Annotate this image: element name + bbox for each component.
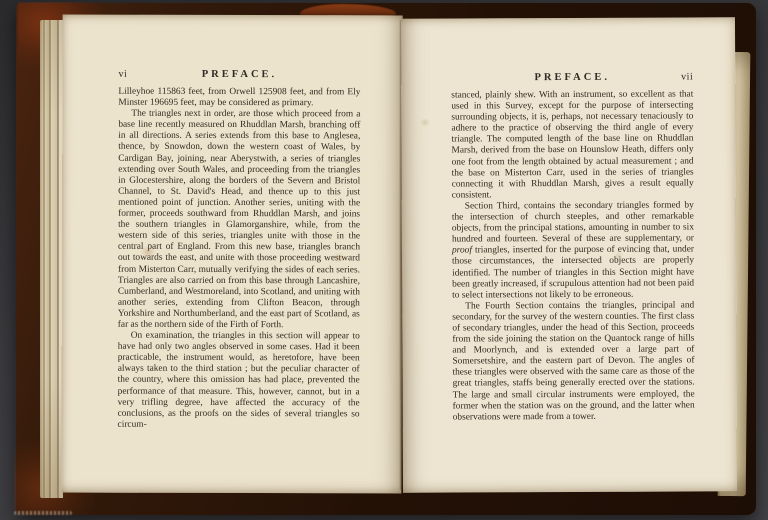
- paragraph: Lilleyhoe 115863 feet, from Orwell 12590…: [118, 87, 360, 110]
- page-number: vi: [118, 69, 148, 80]
- paragraph: The Fourth Section contains the triangle…: [452, 300, 695, 423]
- photographed-book-scene: vi PREFACE. Lilleyhoe 115863 feet, from …: [0, 0, 768, 520]
- page-header: vi PREFACE.: [118, 69, 360, 81]
- illegible-credit-line: [14, 511, 72, 515]
- paragraph: stanced, plainly shew. With an instrumen…: [451, 89, 693, 201]
- book-page-right: PREFACE. vii stanced, plainly shew. With…: [401, 17, 737, 492]
- page-stack-edge: [40, 20, 63, 498]
- page-header: PREFACE. vii: [451, 71, 693, 83]
- running-head: PREFACE.: [481, 72, 663, 84]
- book-page-left: vi PREFACE. Lilleyhoe 115863 feet, from …: [61, 15, 402, 494]
- running-head: PREFACE.: [148, 69, 330, 80]
- body-text: stanced, plainly shew. With an instrumen…: [451, 89, 694, 423]
- page-number: vii: [663, 71, 693, 82]
- body-text: Lilleyhoe 115863 feet, from Orwell 12590…: [118, 87, 361, 432]
- paragraph: The triangles next in order, are those w…: [118, 109, 361, 332]
- paragraph: Section Third, contains the secondary tr…: [452, 200, 694, 301]
- paragraph: On examination, the triangles in this se…: [118, 331, 360, 431]
